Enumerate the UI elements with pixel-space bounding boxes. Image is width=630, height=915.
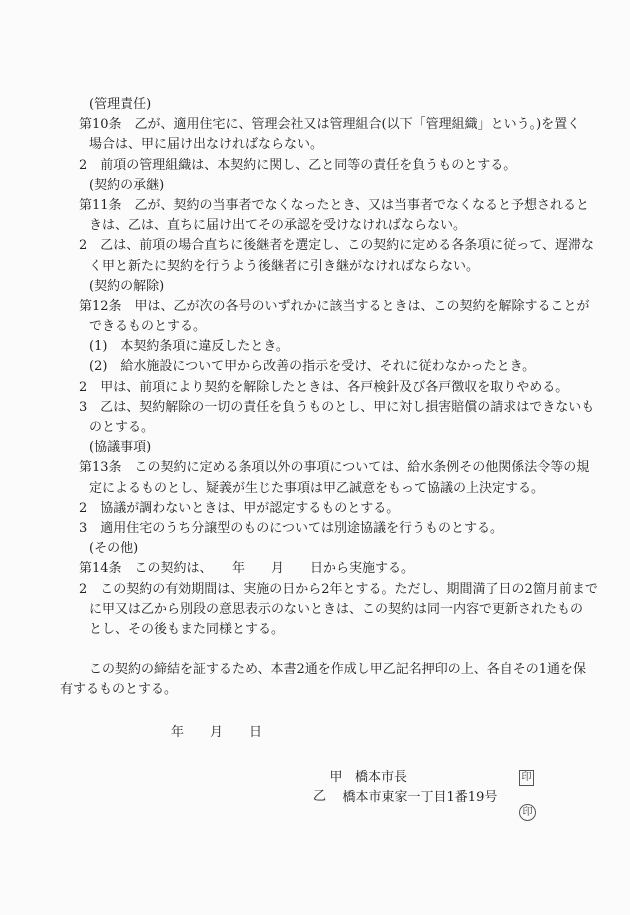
contract-line: きは、乙は、直ちに届け出てその承認を受けなければならない。 bbox=[60, 216, 580, 236]
contract-line: 定によるものとし、疑義が生じた事項は甲乙誠意をもって協議の上決定する。 bbox=[60, 479, 580, 499]
contract-line: (2) 給水施設について甲から改善の指示を受け、それに従わなかったとき。 bbox=[60, 357, 580, 377]
contract-lines: (管理責任)第10条 乙が、適用住宅に、管理会社又は管理組合(以下「管理組織」と… bbox=[60, 95, 580, 701]
contract-line: 第14条 この契約は、 年 月 日から実施する。 bbox=[60, 559, 580, 579]
contract-line: 3 乙は、契約解除の一切の責任を負うものとし、甲に対し損害賠償の請求はできないも bbox=[60, 398, 580, 418]
contract-line: 2 乙は、前項の場合直ちに後継者を選定し、この契約に定める各条項に従って、遅滞な bbox=[60, 236, 580, 256]
execution-date-line: 年 月 日 bbox=[171, 723, 262, 743]
contract-line: (1) 本契約条項に違反したとき。 bbox=[60, 337, 580, 357]
contract-line: (協議事項) bbox=[60, 438, 580, 458]
contract-line: 第13条 この契約に定める条項以外の事項については、給水条例その他関係法令等の規 bbox=[60, 458, 580, 478]
otsu-seal-stamp-icon: 印 bbox=[519, 804, 536, 821]
contract-line: 第12条 甲は、乙が次の各号のいずれかに該当するときは、この契約を解除することが bbox=[60, 297, 580, 317]
party-otsu-label: 乙 bbox=[313, 787, 326, 807]
contract-line: (管理責任) bbox=[60, 95, 580, 115]
contract-line: 2 協議が調わないときは、甲が認定するものとする。 bbox=[60, 499, 580, 519]
contract-line bbox=[60, 640, 580, 660]
contract-line: のとする。 bbox=[60, 418, 580, 438]
party-kou-row: 甲 橋本市東家一丁目1番19号 bbox=[313, 748, 497, 768]
contract-line: 2 甲は、前項により契約を解除したときは、各戸検針及び各戸徴収を取りやめる。 bbox=[60, 378, 580, 398]
contract-line: (その他) bbox=[60, 539, 580, 559]
contract-line: に甲又は乙から別段の意思表示のないときは、この契約は同一内容で更新されたもの bbox=[60, 600, 580, 620]
contract-line: 2 この契約の有効期間は、実施の日から2年とする。ただし、期間満了日の2箇月前ま… bbox=[60, 580, 580, 600]
contract-line: 3 適用住宅のうち分譲型のものについては別途協議を行うものとする。 bbox=[60, 519, 580, 539]
contract-line: この契約の締結を証するため、本書2通を作成し甲乙記名押印の上、各自その1通を保 bbox=[60, 660, 580, 680]
party-kou-signer: 橋本市長 bbox=[355, 768, 407, 788]
party-kou-label: 甲 bbox=[330, 770, 343, 785]
contract-line: 2 前項の管理組織は、本契約に関し、乙と同等の責任を負うものとする。 bbox=[60, 156, 580, 176]
kou-seal-stamp-icon: 印 bbox=[519, 770, 534, 786]
contract-line: 第11条 乙が、契約の当事者でなくなったとき、又は当事者でなくなると予想されると bbox=[60, 196, 580, 216]
contract-line: 第10条 乙が、適用住宅に、管理会社又は管理組合(以下「管理組織」という。)を置… bbox=[60, 115, 580, 135]
contract-line: (契約の承継) bbox=[60, 176, 580, 196]
contract-line: できるものとする。 bbox=[60, 317, 580, 337]
contract-document-page: (管理責任)第10条 乙が、適用住宅に、管理会社又は管理組合(以下「管理組織」と… bbox=[0, 0, 630, 915]
contract-line: 有するものとする。 bbox=[60, 680, 580, 700]
contract-line: (契約の解除) bbox=[60, 277, 580, 297]
party-kou-address: 橋本市東家一丁目1番19号 bbox=[343, 790, 498, 805]
contract-line: 場合は、甲に届け出なければならない。 bbox=[60, 135, 580, 155]
contract-line: とし、その後もまた同様とする。 bbox=[60, 620, 580, 640]
contract-line: く甲と新たに契約を行うよう後継者に引き継がなければならない。 bbox=[60, 257, 580, 277]
